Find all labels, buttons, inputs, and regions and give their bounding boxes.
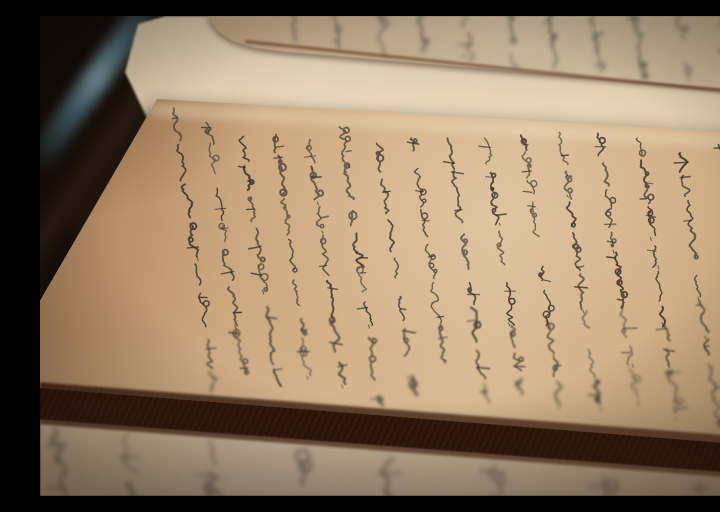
top-sheet-handwriting xyxy=(288,16,720,87)
bottom-sheet-handwriting xyxy=(47,429,707,496)
handwriting-layer xyxy=(40,16,720,496)
main-sheet-handwriting xyxy=(173,108,720,428)
photograph-old-manuscripts: Close-up photograph of old handwritten m… xyxy=(40,16,720,496)
